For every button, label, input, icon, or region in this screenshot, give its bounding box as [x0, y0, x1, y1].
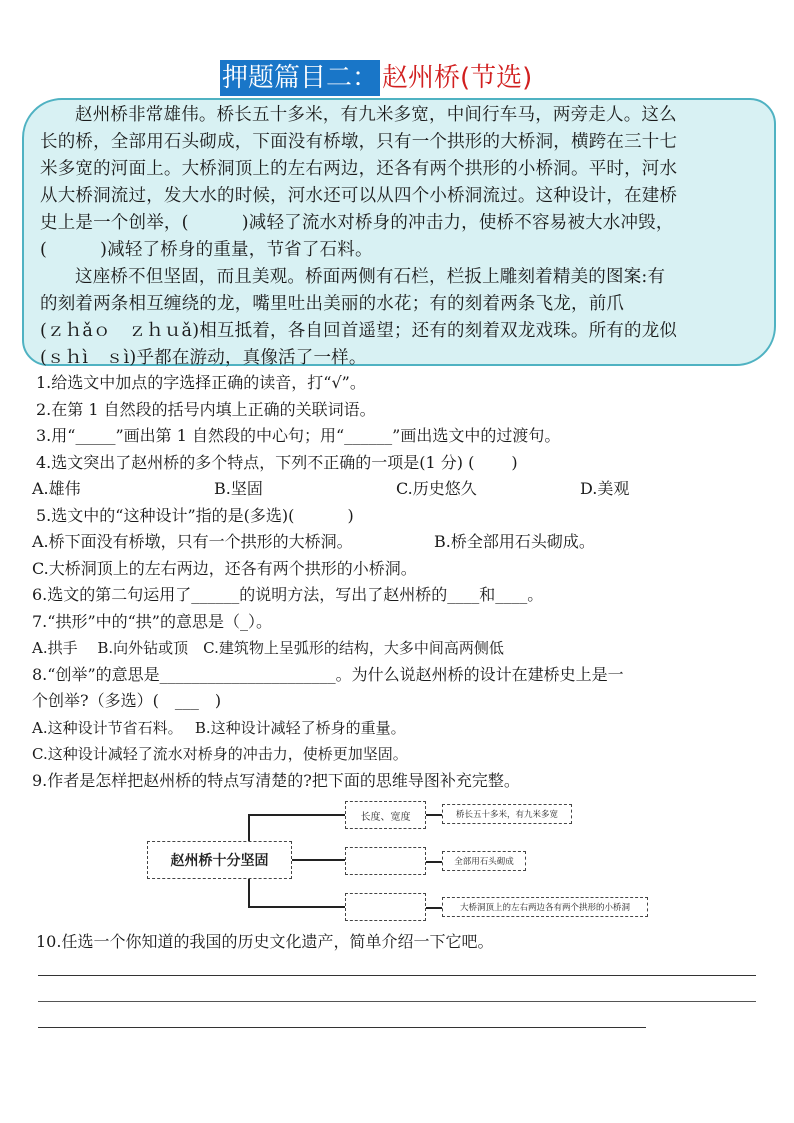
- option-d[interactable]: D.美观: [580, 476, 629, 503]
- question-8-options-ab[interactable]: A.这种设计节省石料。 B.这种设计减轻了桥身的重量。: [32, 715, 766, 742]
- answer-line[interactable]: [38, 1027, 646, 1028]
- connector: [248, 879, 250, 907]
- branch-label: 长度、宽度: [361, 808, 411, 823]
- question-4-options: A.雄伟 B.坚固 C.历史悠久 D.美观: [32, 476, 766, 503]
- option-b[interactable]: B.坚固: [214, 476, 396, 503]
- mind-map-root: 赵州桥十分坚固: [147, 841, 292, 879]
- mind-map-branch-2-blank[interactable]: [345, 847, 426, 875]
- question-8-cont: 个创举?（多选）( ___ ): [32, 688, 766, 715]
- title-label: 押题篇目二：: [220, 60, 380, 96]
- passage-line: 赵州桥非常雄伟。桥长五十多米，有九米多宽，中间行车马，两旁走人。这么: [40, 102, 764, 129]
- title-subject: 赵州桥(节选): [380, 60, 532, 96]
- passage-line: 的刻着两条相互缠绕的龙，嘴里吐出美丽的水花；有的刻着两条飞龙，前爪: [40, 291, 764, 318]
- mind-map-root-label: 赵州桥十分坚固: [171, 850, 269, 870]
- page-title: 押题篇目二： 赵州桥(节选): [220, 60, 532, 96]
- connector: [426, 814, 442, 816]
- passage-line: (ｚｈǎｏ ｚｈｕǎ)相互抵着，各自回首遥望；还有的刻着双龙戏珠。所有的龙似: [40, 318, 764, 345]
- connector: [426, 907, 442, 909]
- option-c[interactable]: C.历史悠久: [396, 476, 580, 503]
- question-10: 10.任选一个你知道的我国的历史文化遗产，简单介绍一下它吧。: [36, 929, 493, 955]
- question-2: 2.在第 1 自然段的括号内填上正确的关联词语。: [36, 397, 766, 424]
- mind-map-detail-1: 桥长五十多米，有九米多宽: [442, 804, 572, 824]
- passage-line: 从大桥洞流过，发大水的时候，河水还可以从四个小桥洞流过。这种设计，在建桥: [40, 183, 764, 210]
- connector: [426, 861, 442, 863]
- passage-line: 这座桥不但坚固，而且美观。桥面两侧有石栏，栏扳上雕刻着精美的图案:有: [40, 264, 764, 291]
- passage-line: (ｓｈì ｓì)乎都在游动，真像活了一样。: [40, 345, 764, 372]
- option-a[interactable]: A.桥下面没有桥墩，只有一个拱形的大桥洞。: [32, 529, 434, 556]
- question-7: 7.“拱形”中的“拱”的意思是（_）。: [32, 609, 766, 636]
- question-4: 4.选文突出了赵州桥的多个特点，下列不正确的一项是(1 分) ( ): [36, 450, 766, 477]
- question-7-options[interactable]: A.拱手 B.向外钻或顶 C.建筑物上呈弧形的结构，大多中间高两侧低: [32, 635, 766, 662]
- option-b[interactable]: B.桥全部用石头砌成。: [434, 529, 595, 556]
- answer-line[interactable]: [38, 975, 756, 976]
- connector: [248, 906, 345, 908]
- passage-box: 赵州桥非常雄伟。桥长五十多米，有九米多宽，中间行车马，两旁走人。这么 长的桥，全…: [22, 98, 776, 366]
- passage-line: 史上是一个创举，( )减轻了流水对桥身的冲击力，使桥不容易被大水冲毁，: [40, 210, 764, 237]
- question-6: 6.选文的第二句运用了______的说明方法，写出了赵州桥的____和____。: [32, 582, 766, 609]
- mind-map-detail-2: 全部用石头砌成: [442, 851, 526, 871]
- question-1: 1.给选文中加点的字选择正确的读音，打“√”。: [36, 370, 766, 397]
- detail-label: 全部用石头砌成: [454, 855, 514, 867]
- option-a[interactable]: A.雄伟: [32, 476, 214, 503]
- mind-map-branch-3-blank[interactable]: [345, 893, 426, 921]
- passage-line: ( )减轻了桥身的重量，节省了石料。: [40, 237, 764, 264]
- answer-line[interactable]: [38, 1001, 756, 1002]
- connector: [248, 814, 345, 816]
- question-8: 8.“创举”的意思是______________________。为什么说赵州桥…: [32, 662, 766, 689]
- question-9: 9.作者是怎样把赵州桥的特点写清楚的?把下面的思维导图补充完整。: [32, 768, 766, 795]
- connector: [248, 814, 250, 841]
- mind-map-detail-3: 大桥洞顶上的左右两边各有两个拱形的小桥洞: [442, 897, 648, 917]
- passage-line: 长的桥，全部用石头砌成，下面没有桥墩，只有一个拱形的大桥洞，横跨在三十七: [40, 129, 764, 156]
- question-3: 3.用“_____”画出第 1 自然段的中心句；用“______”画出选文中的过…: [36, 423, 766, 450]
- questions-section: 1.给选文中加点的字选择正确的读音，打“√”。 2.在第 1 自然段的括号内填上…: [36, 370, 766, 794]
- question-5-options-ab: A.桥下面没有桥墩，只有一个拱形的大桥洞。 B.桥全部用石头砌成。: [32, 529, 766, 556]
- question-5: 5.选文中的“这种设计”指的是(多选)( ): [36, 503, 766, 530]
- connector: [292, 859, 345, 861]
- passage-line: 米多宽的河面上。大桥洞顶上的左右两边，还各有两个拱形的小桥洞。平时，河水: [40, 156, 764, 183]
- option-c[interactable]: C.大桥洞顶上的左右两边，还各有两个拱形的小桥洞。: [32, 556, 766, 583]
- detail-label: 大桥洞顶上的左右两边各有两个拱形的小桥洞: [460, 901, 630, 913]
- detail-label: 桥长五十多米，有九米多宽: [456, 808, 558, 820]
- question-8-option-c[interactable]: C.这种设计减轻了流水对桥身的冲击力，使桥更加坚固。: [32, 741, 766, 768]
- mind-map-branch-1: 长度、宽度: [345, 801, 426, 829]
